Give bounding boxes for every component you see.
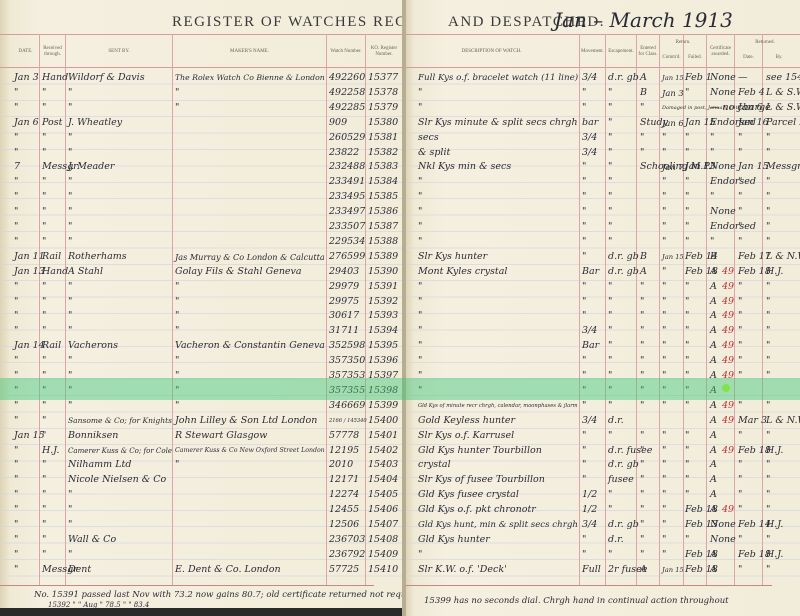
table-row: Gld Kys hunt, min & split secs chrgh3/4d… <box>404 517 800 533</box>
row-escapement: " <box>608 279 612 295</box>
table-row: Full Kys o.f. bracelet watch (11 line)3/… <box>404 70 800 86</box>
row-date: " <box>14 457 18 473</box>
row-date: " <box>14 219 18 235</box>
row-sent-by: Wall & Co <box>68 532 116 548</box>
row-movement: " <box>582 174 586 190</box>
row-returned-date: " <box>738 398 742 414</box>
row-description: Mont Kyles crystal <box>418 264 507 280</box>
row-received-through: " <box>42 234 46 250</box>
row-description: " <box>418 279 422 295</box>
row-watch-number: 492260 <box>329 70 365 86</box>
row-watch-number: 233507 <box>329 219 365 235</box>
row-certificate-mark: 49 <box>722 443 734 459</box>
table-row: Jan 6PostJ. Wheatley90915380 <box>0 115 404 131</box>
row-received-through: " <box>42 130 46 146</box>
row-escapement: " <box>608 502 612 518</box>
row-certificate-mark: 49 <box>722 413 734 429</box>
row-returned-date: " <box>738 487 742 503</box>
row-class: " <box>640 502 644 518</box>
row-movement: " <box>582 100 586 116</box>
row-return-failed: " <box>685 323 689 339</box>
row-register-number: 15394 <box>368 323 398 339</box>
row-certificate: A <box>710 547 717 563</box>
footnote-right: 15399 has no seconds dial. Chrgh hand in… <box>424 596 729 606</box>
row-movement: 3/4 <box>582 413 597 429</box>
row-watch-number: 29979 <box>329 279 359 295</box>
row-register-number: 15381 <box>368 130 398 146</box>
row-sent-by: J. Meader <box>68 159 114 175</box>
row-returned-by: H.J. <box>766 547 783 563</box>
row-sent-by: " <box>68 279 72 295</box>
row-movement: Bar <box>582 338 599 354</box>
row-class: " <box>640 547 644 563</box>
row-escapement: d.r. gb <box>608 249 639 265</box>
row-certificate-mark: 49 <box>722 398 734 414</box>
row-escapement: " <box>608 85 612 101</box>
row-register-number: 15409 <box>368 547 398 563</box>
row-received-through: " <box>42 204 46 220</box>
col-header-return-failed: Failed. <box>684 52 706 64</box>
row-certificate: " <box>710 234 714 250</box>
row-return-failed: " <box>685 353 689 369</box>
row-description: " <box>418 204 422 220</box>
row-escapement: " <box>608 204 612 220</box>
row-received-through: " <box>42 323 46 339</box>
row-date: " <box>14 204 18 220</box>
row-return-failed: " <box>685 294 689 310</box>
col-header-returned: Returned. <box>735 38 795 48</box>
table-row: """"2997515392 <box>0 294 404 310</box>
row-date: Jan 13 <box>14 264 45 280</box>
row-returned-by: " <box>766 323 770 339</box>
table-row: """1227415405 <box>0 487 404 503</box>
row-escapement: fusee <box>608 472 634 488</box>
row-register-number: 15382 <box>368 145 398 161</box>
row-received-through: " <box>42 174 46 190</box>
bottom-rule <box>404 585 772 586</box>
row-sent-by: " <box>68 353 72 369</box>
row-certificate-mark: 49 <box>722 308 734 324</box>
row-returned-by: " <box>766 219 770 235</box>
row-description: " <box>418 353 422 369</box>
row-certificate: Endorsed <box>710 219 756 235</box>
row-escapement: " <box>608 219 612 235</box>
row-register-number: 15393 <box>368 308 398 324</box>
row-sent-by: J. Wheatley <box>68 115 122 131</box>
row-returned-date: " <box>738 532 742 548</box>
row-returned-date: Jan 16 <box>738 115 769 131</box>
row-return-completed: " <box>662 234 666 250</box>
row-class: " <box>640 532 644 548</box>
row-class: B <box>640 85 647 101</box>
row-received-through: " <box>42 189 46 205</box>
row-returned-date: " <box>738 457 742 473</box>
col-header-entered-for-class: Entered for Class. <box>637 38 659 66</box>
row-escapement: " <box>608 308 612 324</box>
row-movement: 3/4 <box>582 517 597 533</box>
row-description: " <box>418 338 422 354</box>
left-page: REGISTER OF WATCHES RECEIVED DATE. Recei… <box>0 0 404 616</box>
row-return-completed: " <box>662 443 666 459</box>
row-returned-date: " <box>738 294 742 310</box>
row-movement: " <box>582 353 586 369</box>
table-row: """BJan 3"NoneFeb 4L & S.W.R <box>404 85 800 101</box>
row-description: " <box>418 189 422 205</box>
row-sent-by: " <box>68 189 72 205</box>
row-certificate: None <box>710 70 736 86</box>
row-register-number: 15378 <box>368 85 398 101</box>
row-class: " <box>640 323 644 339</box>
row-received-through: " <box>42 472 46 488</box>
row-returned-date: " <box>738 502 742 518</box>
row-sent-by: " <box>68 234 72 250</box>
row-received-through: " <box>42 457 46 473</box>
row-returned-date: " <box>738 472 742 488</box>
row-return-completed: " <box>662 294 666 310</box>
row-returned-by: " <box>766 428 770 444</box>
row-return-completed: " <box>662 219 666 235</box>
row-certificate: A <box>710 562 717 578</box>
bottom-rule <box>0 585 374 586</box>
row-certificate: A <box>710 353 717 369</box>
table-row: """"35735015396 <box>0 353 404 369</box>
row-watch-number: 229534 <box>329 234 365 250</box>
row-escapement: " <box>608 189 612 205</box>
row-description: Gld Kys hunter <box>418 532 490 548</box>
row-received-through: " <box>42 294 46 310</box>
row-date: " <box>14 174 18 190</box>
row-return-failed: Feb 1 <box>685 70 712 86</box>
col-header-certificate-awarded: Certificate awarded. <box>707 38 734 66</box>
row-class: " <box>640 472 644 488</box>
row-return-completed: " <box>662 353 666 369</box>
table-row: """"2997915391 <box>0 279 404 295</box>
row-return-failed: " <box>685 219 689 235</box>
row-return-failed: " <box>685 189 689 205</box>
row-sent-by: " <box>68 145 72 161</box>
table-row: """22953415388 <box>0 234 404 250</box>
table-row: """23350715387 <box>0 219 404 235</box>
row-certificate: A <box>710 338 717 354</box>
row-certificate-mark: 49 <box>722 279 734 295</box>
row-watch-number: 29403 <box>329 264 359 280</box>
row-register-number: 15405 <box>368 487 398 503</box>
row-description: Gld Kys hunt, min & split secs chrgh <box>418 517 578 533</box>
row-sent-by: " <box>68 398 72 414</box>
row-watch-number: 236703 <box>329 532 365 548</box>
register-title-left: REGISTER OF WATCHES RECEIVED <box>172 14 404 31</box>
table-row: """""Feb 18AFeb 18H.J. <box>404 547 800 563</box>
row-returned-date: — <box>738 70 748 86</box>
row-received-through: " <box>42 145 46 161</box>
row-return-completed: " <box>662 472 666 488</box>
col-header-makers-name: MAKER'S NAME. <box>173 38 326 66</box>
row-returned-date: " <box>738 204 742 220</box>
row-class: " <box>640 428 644 444</box>
row-sent-by: Nilhamm Ltd <box>68 457 131 473</box>
row-movement: " <box>582 279 586 295</box>
row-return-completed: " <box>662 204 666 220</box>
row-description: " <box>418 294 422 310</box>
table-row: """"""A49"" <box>404 294 800 310</box>
row-class: " <box>640 294 644 310</box>
table-row: """"49228515379 <box>0 100 404 116</box>
row-escapement: " <box>608 174 612 190</box>
col-header-movement: Movement. <box>580 38 605 66</box>
row-return-completed: " <box>662 532 666 548</box>
col-header-return: Return. <box>660 38 706 48</box>
row-date: " <box>14 472 18 488</box>
row-movement: " <box>582 308 586 324</box>
row-received-through: Post <box>42 115 62 131</box>
row-movement: " <box>582 219 586 235</box>
row-date: Jan 3 <box>14 70 39 86</box>
row-return-completed: " <box>662 428 666 444</box>
row-movement: 1/2 <box>582 487 597 503</box>
row-certificate-mark: 49 <box>722 264 734 280</box>
row-description: " <box>418 219 422 235</box>
row-certificate: Endorsed <box>710 174 756 190</box>
row-class: B <box>640 249 647 265</box>
footnote-left: No. 15391 passed last Nov with 73.2 now … <box>34 590 404 600</box>
row-description: " <box>418 174 422 190</box>
header-top-rule <box>0 34 404 35</box>
row-received-through: " <box>42 517 46 533</box>
row-maker: " <box>175 457 179 473</box>
row-returned-date: Feb 4 <box>738 85 765 101</box>
row-escapement: " <box>608 100 612 116</box>
row-description: Gld Kys o.f. pkt chronotr <box>418 502 536 518</box>
row-returned-by: " <box>766 487 770 503</box>
table-row: """"34666915399 <box>0 398 404 414</box>
row-register-number: 15388 <box>368 234 398 250</box>
col-header-date: DATE. <box>12 38 39 66</box>
row-received-through: " <box>42 502 46 518</box>
row-received-through: " <box>42 279 46 295</box>
row-register-number: 15410 <box>368 562 398 578</box>
row-certificate: None <box>710 532 736 548</box>
row-certificate-mark: 49 <box>722 294 734 310</box>
row-register-number: 15402 <box>368 443 398 459</box>
row-returned-by: " <box>766 532 770 548</box>
row-movement: " <box>582 428 586 444</box>
row-description: Gld Kys fusee crystal <box>418 487 519 503</box>
row-return-failed: " <box>685 234 689 250</box>
table-row: """"Damaged in post, January 14th— no ch… <box>404 100 800 116</box>
table-row: Jan 15"BonniksenR Stewart Glasgow5777815… <box>0 428 404 444</box>
row-returned-by: " <box>766 457 770 473</box>
row-received-through: " <box>42 413 46 429</box>
row-description: " <box>418 323 422 339</box>
row-certificate: A <box>710 264 717 280</box>
row-return-completed: " <box>662 457 666 473</box>
row-certificate: B <box>710 249 717 265</box>
row-watch-number: 2010 <box>329 457 353 473</box>
row-received-through: " <box>42 353 46 369</box>
row-register-number: 15406 <box>368 502 398 518</box>
row-certificate: A <box>710 413 717 429</box>
row-register-number: 15385 <box>368 189 398 205</box>
row-escapement: " <box>608 338 612 354</box>
row-date: " <box>14 532 18 548</box>
table-row: """"3171115394 <box>0 323 404 339</box>
row-returned-date: Jan 6 <box>738 100 763 116</box>
table-row: Jan 14RailVacheronsVacheron & Constantin… <box>0 338 404 354</box>
row-date: " <box>14 145 18 161</box>
row-escapement: d.r. <box>608 532 624 548</box>
row-returned-date: " <box>738 353 742 369</box>
row-maker: Golay Fils & Stahl Geneva <box>175 264 302 280</box>
row-return-failed: " <box>685 204 689 220</box>
col-header-received-through: Received through. <box>40 38 65 66</box>
table-row: Slr K.W. o.f. 'Deck'Full2r fuseeAJan 15F… <box>404 562 800 578</box>
row-return-completed: " <box>662 487 666 503</box>
row-maker: John Lilley & Son Ltd London <box>175 413 317 429</box>
row-movement: Full <box>582 562 601 578</box>
row-description: & split <box>418 145 450 161</box>
row-return-completed: " <box>662 279 666 295</box>
row-sent-by: Sansome & Co; for Knights <box>68 413 172 429</box>
row-date: 7 <box>14 159 20 175</box>
row-register-number: 15392 <box>368 294 398 310</box>
row-return-failed: " <box>685 338 689 354</box>
row-description: " <box>418 547 422 563</box>
row-returned-date: " <box>738 428 742 444</box>
row-returned-by: H.J. <box>766 264 783 280</box>
row-return-failed: " <box>685 443 689 459</box>
row-returned-date: " <box>738 189 742 205</box>
row-returned-date: " <box>738 130 742 146</box>
row-return-completed: " <box>662 145 666 161</box>
row-watch-number: 12455 <box>329 502 359 518</box>
row-sent-by: Dent <box>68 562 91 578</box>
row-returned-by: " <box>766 294 770 310</box>
row-movement: " <box>582 159 586 175</box>
row-escapement: " <box>608 130 612 146</box>
row-returned-by: H.J. <box>766 517 783 533</box>
row-date: " <box>14 279 18 295</box>
row-return-failed: " <box>685 279 689 295</box>
row-maker: " <box>175 398 179 414</box>
table-row: Gld Kys o.f. pkt chronotr1/2"""Feb 18A49… <box>404 502 800 518</box>
row-maker: The Rolex Watch Co Bienne & London <box>175 70 325 86</box>
row-return-failed: " <box>685 428 689 444</box>
row-class: " <box>640 130 644 146</box>
row-movement: bar <box>582 115 598 131</box>
row-received-through: Rail <box>42 249 61 265</box>
col-header-return-completed: Comm'd. <box>660 52 683 64</box>
row-watch-number: 276599 <box>329 249 365 265</box>
table-row: """""""" <box>404 189 800 205</box>
row-returned-by: " <box>766 234 770 250</box>
table-row: Slr Kys o.f. Karrusel"""""A"" <box>404 428 800 444</box>
row-movement: " <box>582 85 586 101</box>
row-return-completed: " <box>662 264 666 280</box>
row-certificate: None <box>710 517 736 533</box>
row-return-failed: " <box>685 130 689 146</box>
row-class: " <box>640 308 644 324</box>
table-row: """"49225815378 <box>0 85 404 101</box>
table-row: ""Nilhamm Ltd"201015403 <box>0 457 404 473</box>
col-header-sent-by: SENT BY. <box>66 38 172 66</box>
row-description: secs <box>418 130 439 146</box>
row-register-number: 15386 <box>368 204 398 220</box>
row-escapement: " <box>608 323 612 339</box>
row-return-failed: " <box>685 398 689 414</box>
table-row: Slr Kys minute & split secs chrghbar"Stu… <box>404 115 800 131</box>
row-date: " <box>14 413 18 429</box>
row-certificate: A <box>710 294 717 310</box>
row-description: crystal <box>418 457 451 473</box>
row-maker: " <box>175 323 179 339</box>
row-maker: Camerer Kuss & Co New Oxford Street Lond… <box>175 443 325 459</box>
table-row: """23349715386 <box>0 204 404 220</box>
row-returned-by: " <box>766 204 770 220</box>
row-return-completed: " <box>662 308 666 324</box>
col-header-watch-number: Watch Number. <box>327 38 365 66</box>
row-returned-by: H.J. <box>766 443 783 459</box>
row-watch-number: 12274 <box>329 487 359 503</box>
row-movement: " <box>582 532 586 548</box>
row-returned-date: " <box>738 308 742 324</box>
row-escapement: d.r. gb <box>608 264 639 280</box>
right-page: AND DESPATCHED. Jan – March 1913 DESCRIP… <box>404 0 800 616</box>
row-return-completed: " <box>662 517 666 533</box>
row-description: Gld Kys of minute recr chrgh, calendar, … <box>418 398 578 414</box>
row-certificate: None <box>710 204 736 220</box>
row-class: " <box>640 457 644 473</box>
row-returned-date: " <box>738 174 742 190</box>
table-row: "H.J.Camerer Kuss & Co; for ColeCamerer … <box>0 443 404 459</box>
row-watch-number: 31711 <box>329 323 359 339</box>
row-register-number: 15391 <box>368 279 398 295</box>
row-certificate: None <box>710 85 736 101</box>
table-row: 7MessgrJ. Meader23248815383 <box>0 159 404 175</box>
row-register-number: 15380 <box>368 115 398 131</box>
row-returned-date: " <box>738 338 742 354</box>
row-returned-by: L & S.W.R <box>766 85 800 101</box>
table-row: Gld Kys hunter"d.r."""None"" <box>404 532 800 548</box>
row-certificate: A <box>710 443 717 459</box>
row-date: " <box>14 234 18 250</box>
row-escapement: " <box>608 294 612 310</box>
row-escapement: " <box>608 428 612 444</box>
row-class: " <box>640 100 644 116</box>
row-watch-number: 12171 <box>329 472 359 488</box>
row-watch-number: 232488 <box>329 159 365 175</box>
row-movement: " <box>582 234 586 250</box>
row-register-number: 15403 <box>368 457 398 473</box>
row-sent-by: " <box>68 308 72 324</box>
row-movement: " <box>582 443 586 459</box>
row-escapement: " <box>608 145 612 161</box>
row-date: Jan 15 <box>14 428 45 444</box>
row-register-number: 15407 <box>368 517 398 533</box>
row-returned-date: " <box>738 323 742 339</box>
row-watch-number: 352598 <box>329 338 365 354</box>
row-date: " <box>14 502 18 518</box>
row-escapement: d.r. gb <box>608 70 639 86</box>
row-received-through: " <box>42 100 46 116</box>
row-movement: 3/4 <box>582 323 597 339</box>
col-header-register-number: KO. Register Number. <box>366 38 402 66</box>
row-return-completed: Jan 7 <box>662 159 684 175</box>
row-description: Slr Kys minute & split secs chrgh <box>418 115 578 131</box>
row-certificate-mark: 49 <box>722 353 734 369</box>
row-class: A <box>640 562 647 578</box>
row-returned-by: " <box>766 562 770 578</box>
row-returned-date: " <box>738 279 742 295</box>
